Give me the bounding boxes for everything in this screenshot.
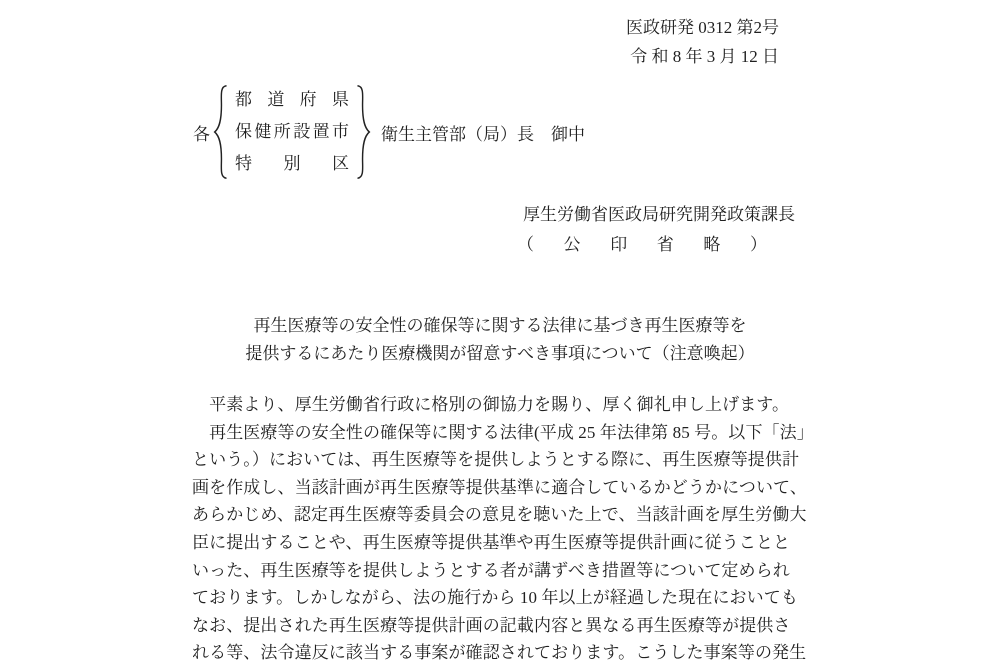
recipient-block: 各 都道府県 保健所設置市 特別区 衛生主管部（局）長 御中 <box>193 84 585 180</box>
body-line: 画を作成し、当該計画が再生医療等提供基準に適合しているかどうかについて、 <box>192 474 832 502</box>
body-line: 再生医療等の安全性の確保等に関する法律(平成 25 年法律第 85 号。以下「法… <box>192 419 832 447</box>
recipient-group: 都道府県 保健所設置市 特別区 <box>235 89 349 175</box>
body-line: 平素より、厚生労働省行政に格別の御協力を賜り、厚く御礼申し上げます。 <box>192 391 832 419</box>
recipient-item-health-center-cities: 保健所設置市 <box>235 121 349 143</box>
subject-line-2: 提供するにあたり医療機関が留意すべき事項について（注意喚起） <box>0 340 1000 368</box>
official-seal-omitted-note: （公印省略） <box>517 230 767 260</box>
body-paragraph: 平素より、厚生労働省行政に格別の御協力を賜り、厚く御礼申し上げます。 再生医療等… <box>192 391 832 667</box>
document-number: 医政研発 0312 第2号 <box>626 13 779 42</box>
body-line: なお、提出された再生医療等提供計画の記載内容と異なる再生医療等が提供さ <box>192 612 832 640</box>
body-line: ております。しかしながら、法の施行から 10 年以上が経過した現在においても <box>192 584 832 612</box>
document-date: 令 和 8 年 3 月 12 日 <box>626 42 779 71</box>
recipient-item-prefectures: 都道府県 <box>235 89 349 111</box>
body-line: 臣に提出することや、再生医療等提供基準や再生医療等提供計画に従うことと <box>192 529 832 557</box>
right-brace-icon <box>354 84 372 180</box>
left-brace-icon <box>212 84 230 180</box>
body-line: あらかじめ、認定再生医療等委員会の意見を聴いた上で、当該計画を厚生労働大 <box>192 501 832 529</box>
recipient-addressee: 衛生主管部（局）長 御中 <box>381 120 585 145</box>
body-line: という。）においては、再生医療等を提供しようとする際に、再生医療等提供計 <box>192 446 832 474</box>
sender-block: 厚生労働省医政局研究開発政策課長 （公印省略） <box>523 200 795 260</box>
recipient-item-special-wards: 特別区 <box>235 153 349 175</box>
document-header: 医政研発 0312 第2号 令 和 8 年 3 月 12 日 <box>626 13 779 71</box>
subject-line-1: 再生医療等の安全性の確保等に関する法律に基づき再生医療等を <box>0 312 1000 340</box>
sender-title: 厚生労働省医政局研究開発政策課長 <box>523 200 795 230</box>
subject-title: 再生医療等の安全性の確保等に関する法律に基づき再生医療等を 提供するにあたり医療… <box>0 312 1000 367</box>
body-line: れる等、法令違反に該当する事案が確認されております。こうした事案等の発生 <box>192 639 832 667</box>
document-page: 医政研発 0312 第2号 令 和 8 年 3 月 12 日 各 都道府県 保健… <box>0 0 1000 670</box>
body-line: いった、再生医療等を提供しようとする者が講ずべき措置等について定められ <box>192 557 832 585</box>
recipient-prefix: 各 <box>193 120 210 145</box>
